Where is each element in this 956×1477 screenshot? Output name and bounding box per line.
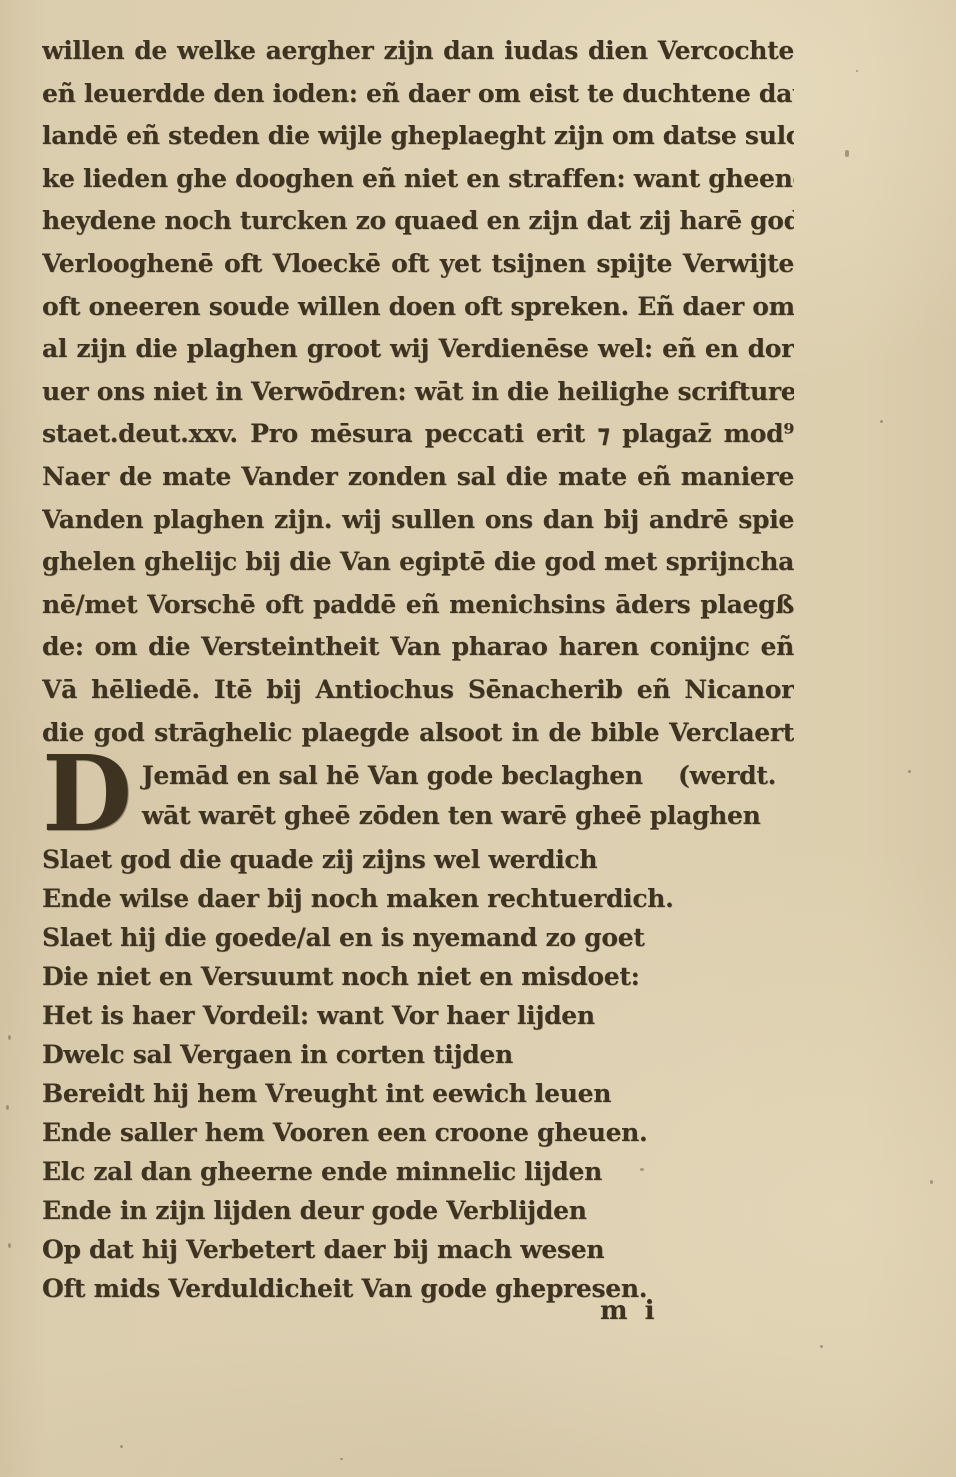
prose-line: heydene noch turcken zo quaed en zijn da…	[42, 200, 794, 243]
prose-line: die god strāghelic plaegde alsoot in de …	[42, 712, 794, 755]
verse-line: Ende saller hem Vooren een croone gheuen…	[42, 1113, 794, 1152]
verse-line: Elc zal dan gheerne ende minnelic lijden	[42, 1152, 794, 1191]
paper-speck	[8, 1243, 11, 1248]
prose-line: ke lieden ghe dooghen eñ niet en straffe…	[42, 158, 794, 201]
verse-line: Oft mids Verduldicheit Van gode gheprese…	[42, 1269, 794, 1308]
prose-line: uer ons niet in Verwōdren: wāt in die he…	[42, 371, 794, 414]
prose-line: landē eñ steden die wijle gheplaeght zij…	[42, 115, 794, 158]
paper-speck	[820, 1345, 823, 1348]
verse-line-text: Jemād en sal hē Van gode beclaghen	[142, 756, 643, 796]
verse-line: Ende in zijn lijden deur gode Verblijden	[42, 1191, 794, 1230]
verse-line: Het is haer Vordeil: want Vor haer lijde…	[42, 996, 794, 1035]
verse-line: Slaet god die quade zij zijns wel werdic…	[42, 840, 794, 879]
paper-speck	[340, 1458, 343, 1460]
prose-line: Vā hēliedē. Itē bij Antiochus Sēnacherib…	[42, 669, 794, 712]
paper-speck	[880, 420, 883, 423]
prose-line: Naer de mate Vander zonden sal die mate …	[42, 456, 794, 499]
verse-line: Dwelc sal Vergaen in corten tijden	[42, 1035, 794, 1074]
text-block: willen de welke aergher zijn dan iudas d…	[42, 30, 794, 1308]
prose-line: nē/met Vorschē oft paddē eñ menichsins ā…	[42, 584, 794, 627]
prose-line: de: om die Versteintheit Van pharao hare…	[42, 626, 794, 669]
paper-speck	[930, 1180, 933, 1184]
prose-line: oft oneeren soude willen doen oft spreke…	[42, 286, 794, 329]
verse-line-rhyme-tag: (werdt.	[678, 756, 776, 796]
book-page: willen de welke aergher zijn dan iudas d…	[0, 0, 956, 1477]
verse-stanza: Slaet god die quade zij zijns wel werdic…	[42, 840, 794, 1308]
verse-line: wāt warēt gheē zōden ten warē gheē plagh…	[142, 796, 794, 836]
verse-line: Slaet hij die goede/al en is nyemand zo …	[42, 918, 794, 957]
verse-opening: D Jemād en sal hē Van gode beclaghen (we…	[42, 756, 794, 836]
verse-opening-lines: Jemād en sal hē Van gode beclaghen (werd…	[142, 756, 794, 836]
verse-line: Die niet en Versuumt noch niet en misdoe…	[42, 957, 794, 996]
paper-speck	[120, 1445, 123, 1448]
paper-speck	[856, 70, 858, 72]
verse-line: Bereidt hij hem Vreught int eewich leuen	[42, 1074, 794, 1113]
paper-speck	[908, 770, 911, 773]
verse-line: Ende wilse daer bij noch maken rechtuerd…	[42, 879, 794, 918]
paper-speck	[845, 150, 849, 157]
drop-cap-initial: D	[42, 754, 142, 834]
paper-speck	[6, 1105, 9, 1110]
verse-line: Jemād en sal hē Van gode beclaghen (werd…	[142, 756, 794, 796]
verse-line: Op dat hij Verbetert daer bij mach wesen	[42, 1230, 794, 1269]
prose-line: al zijn die plaghen groot wij Verdienēse…	[42, 328, 794, 371]
signature-mark: m i	[600, 1296, 658, 1326]
prose-line: ghelen ghelijc bij die Van egiptē die go…	[42, 541, 794, 584]
prose-line-latin-quote: staet.deut.xxv. Pro mēsura peccati erit …	[42, 413, 794, 456]
paper-speck	[640, 1168, 644, 1171]
prose-line: Vanden plaghen zijn. wij sullen ons dan …	[42, 499, 794, 542]
prose-line: eñ leuerdde den ioden: eñ daer om eist t…	[42, 73, 794, 116]
prose-line: willen de welke aergher zijn dan iudas d…	[42, 30, 794, 73]
prose-paragraph: willen de welke aergher zijn dan iudas d…	[42, 30, 794, 754]
paper-speck	[8, 1035, 11, 1040]
prose-line: Verlooghenē oft Vloeckē oft yet tsijnen …	[42, 243, 794, 286]
